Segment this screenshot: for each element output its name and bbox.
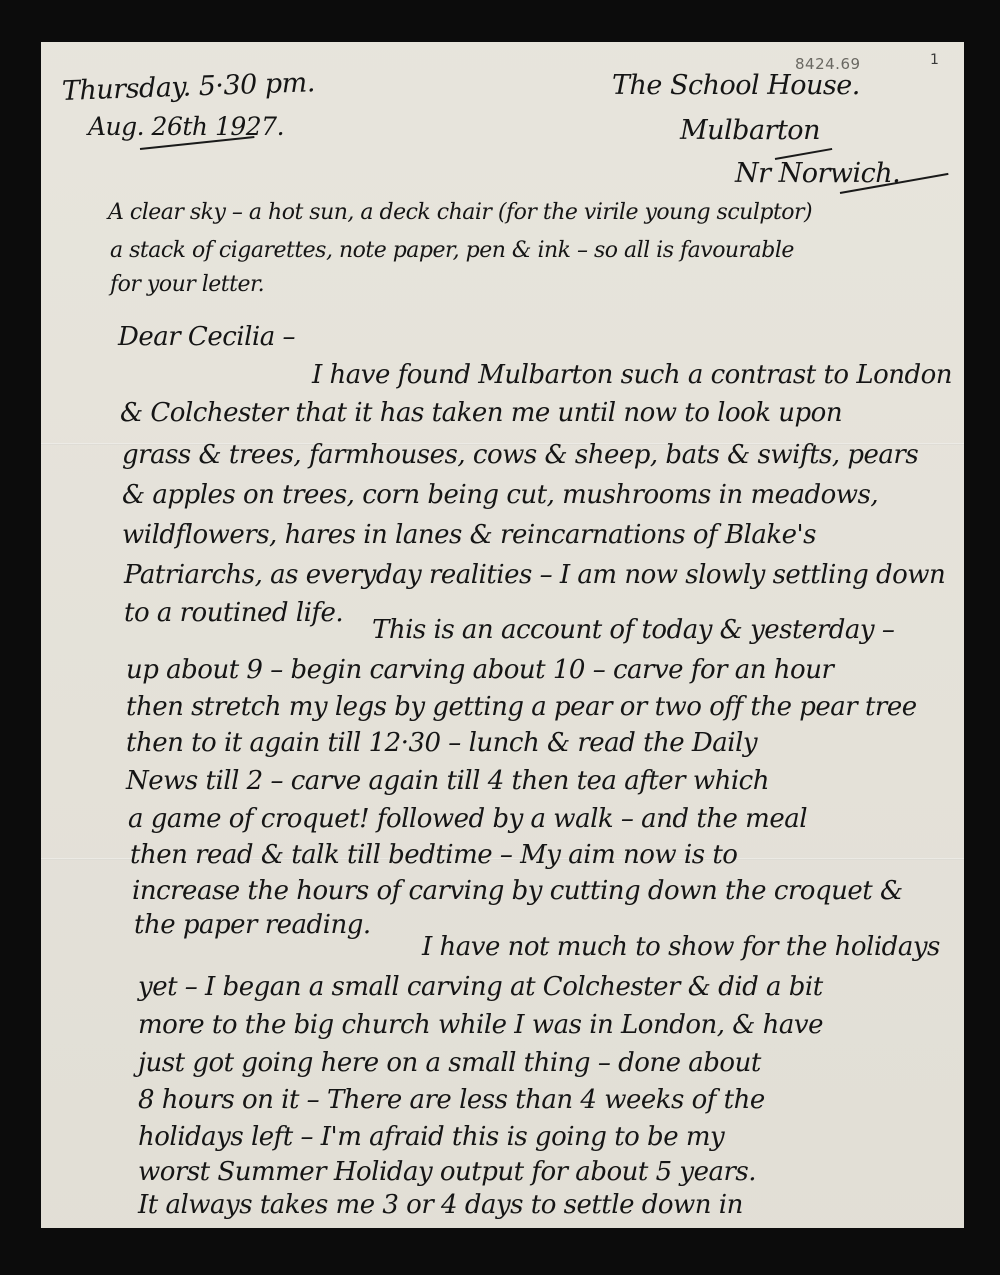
body-line: wildflowers, hares in lanes & reincarnat… (122, 520, 816, 550)
body-line: more to the big church while I was in Lo… (138, 1010, 823, 1040)
dateline-date: Aug. 26th 1927. (88, 112, 284, 141)
body-line: 8 hours on it – There are less than 4 we… (138, 1085, 765, 1115)
body-line: up about 9 – begin carving about 10 – ca… (126, 655, 833, 685)
body-line: just got going here on a small thing – d… (138, 1048, 761, 1078)
body-line: holidays left – I'm afraid this is going… (138, 1122, 724, 1152)
address-line-2: Mulbarton (680, 115, 820, 146)
body-line: then stretch my legs by getting a pear o… (126, 692, 917, 722)
body-line: I have found Mulbarton such a contrast t… (312, 360, 952, 390)
preamble-line: for your letter. (110, 272, 264, 297)
page-marker: 1 (930, 52, 939, 68)
body-line: the paper reading. (134, 910, 371, 940)
body-line: then read & talk till bedtime – My aim n… (130, 840, 737, 870)
body-line: & apples on trees, corn being cut, mushr… (122, 480, 878, 510)
body-line: & Colchester that it has taken me until … (120, 398, 842, 428)
preamble-line: A clear sky – a hot sun, a deck chair (f… (108, 200, 812, 225)
body-line: increase the hours of carving by cutting… (132, 876, 903, 906)
address-line-3: Nr Norwich. (735, 158, 900, 189)
body-line: This is an account of today & yesterday … (372, 615, 894, 645)
preamble-line: a stack of cigarettes, note paper, pen &… (110, 238, 794, 263)
body-line: worst Summer Holiday output for about 5 … (138, 1157, 756, 1187)
address-line-1: The School House. (612, 70, 860, 101)
body-line: grass & trees, farmhouses, cows & sheep,… (122, 440, 918, 470)
body-line: a game of croquet! followed by a walk – … (128, 804, 807, 834)
body-line: It always takes me 3 or 4 days to settle… (138, 1190, 743, 1220)
body-line: yet – I began a small carving at Colches… (138, 972, 823, 1002)
salutation: Dear Cecilia – (118, 322, 295, 352)
body-line: I have not much to show for the holidays (422, 932, 940, 962)
body-line: Patriarchs, as everyday realities – I am… (124, 560, 945, 590)
body-line: News till 2 – carve again till 4 then te… (126, 766, 769, 796)
body-line: then to it again till 12·30 – lunch & re… (126, 728, 757, 758)
body-line: to a routined life. (124, 598, 343, 628)
